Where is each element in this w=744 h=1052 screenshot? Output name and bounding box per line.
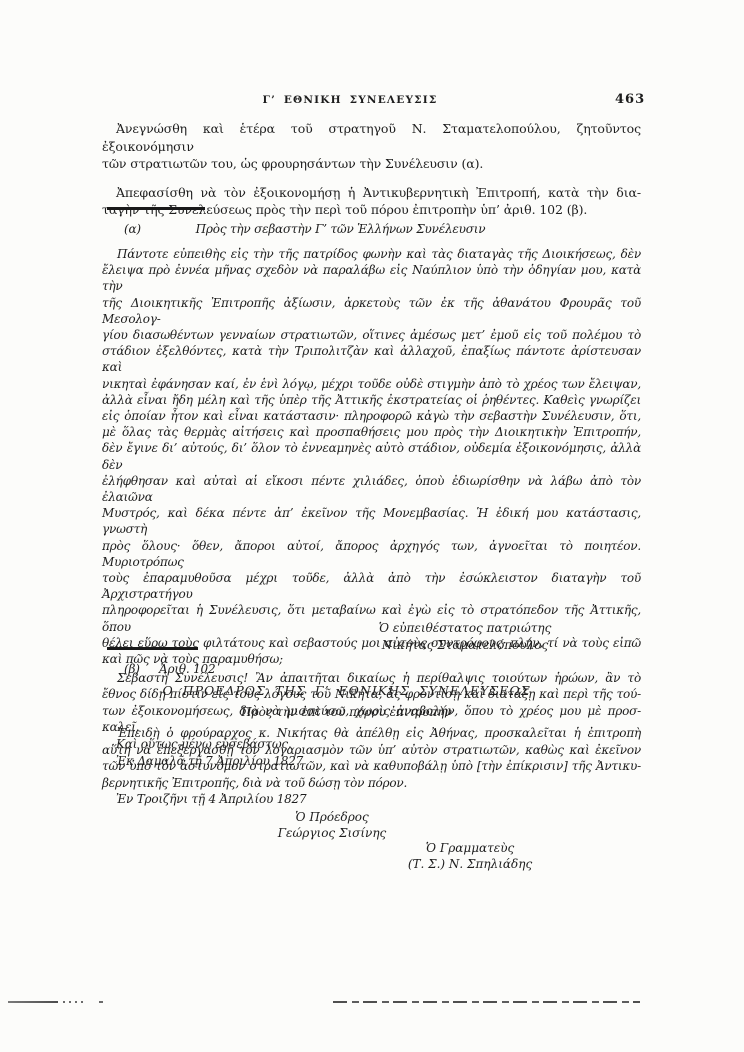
text-line: τοὺς ἐπαραμυθοῦσα μέχρι τοῦδε, ἀλλὰ ἀπὸ … xyxy=(102,570,641,602)
scan-artifact-line xyxy=(8,1001,58,1003)
footnote-b-dateline: Ἐν Τροιζῆνι τῇ 4 Ἀπριλίου 1827 xyxy=(102,791,641,808)
main-paragraph-1: Ἀνεγνώσθη καὶ ἑτέρα τοῦ στρατηγοῦ Ν. Στα… xyxy=(102,120,641,173)
decree-subheading: Πρὸς τὴν ἐπὶ τοῦ πόρου ἐπιτροπὴν xyxy=(102,705,641,719)
text-line: δὲν ἔγινε δι’ αὐτούς, δι’ ὅλον τὸ ἐννεαμ… xyxy=(102,440,641,472)
scanned-book-page: Γ’ ΕΘΝΙΚΗ ΣΥΝΕΛΕΥΣΙΣ 463 Ἀνεγνώσθη καὶ ἑ… xyxy=(0,0,744,1052)
footnote-a-title-row: (α) Πρὸς τὴν σεβαστὴν Γ’ τῶν Ἑλλήνων Συν… xyxy=(102,222,641,238)
text-line: τῆς Διοικητικῆς Ἐπιτροπῆς ἀξίωσιν, ἀρκετ… xyxy=(102,295,641,327)
footnote-b-paragraph: Ἐπειδὴ ὁ φρούραρχος κ. Νικήτας θὰ ἀπέλθῃ… xyxy=(102,725,641,791)
footnote-a-label: (α) xyxy=(124,222,141,236)
paragraph-last-line: τῶν στρατιωτῶν του, ὡς φρουρησάντων τὴν … xyxy=(102,155,641,173)
text-line: Ἐπειδὴ ὁ φρούραρχος κ. Νικήτας θὰ ἀπέλθῃ… xyxy=(102,725,641,742)
signature-role: Ὁ εὐπειθέστατος πατριώτης xyxy=(365,620,565,637)
decree-heading: Ο ΠΡΟΕΔΡΟΣ ΤΗΣ Γ’ ΕΘΝΙΚΗΣ ΣΥΝΕΛΕΥΣΕΩΣ xyxy=(102,683,641,698)
text-line: Μυστρός, καὶ δέκα πέντε ἀπ’ ἐκεῖνον τῆς … xyxy=(102,505,641,537)
text-line: εἰς ὁποίαν ἦτον καὶ εἶναι κατάστασιν· πλ… xyxy=(102,408,641,424)
signature-name: Γεώργιος Σισίνης xyxy=(232,825,432,841)
main-paragraph-2: Ἀπεφασίσθη νὰ τὸν ἐξοικονομήσῃ ἡ Ἀντικυβ… xyxy=(102,184,641,219)
signature-name: Νικήτας Σταματελόπουλος xyxy=(365,637,565,654)
text-line: τῶν ὑπὸ τὸν ἀστυνόμον στρατιωτῶν, καὶ νὰ… xyxy=(102,758,641,775)
footnote-separator-rule-2 xyxy=(107,647,198,650)
text-line: Πάντοτε εὐπειθὴς εἰς τὴν τῆς πατρίδος φω… xyxy=(102,246,641,262)
footnote-a-signature-block: Ὁ εὐπειθέστατος πατριώτης Νικήτας Σταματ… xyxy=(365,620,565,653)
text-line: ἔλειψα πρὸ ἐννέα μῆνας σχεδὸν νὰ παραλάβ… xyxy=(102,262,641,294)
footnote-b-label: (β) xyxy=(124,662,140,676)
paragraph-last-line: βερνητικῆς Ἐπιτροπῆς, διὰ νὰ τοῦ δώσῃ τὸ… xyxy=(102,775,641,792)
signature-role: Ὁ Γραμματεὺς xyxy=(370,840,570,856)
footnote-separator-rule xyxy=(107,207,205,210)
footnote-b-signature-president: Ὁ Πρόεδρος Γεώργιος Σισίνης xyxy=(232,809,432,841)
footnote-b-signature-secretary: Ὁ Γραμματεὺς (Τ. Σ.) Ν. Σπηλιάδης xyxy=(370,840,570,872)
running-header-title: Γ’ ΕΘΝΙΚΗ ΣΥΝΕΛΕΥΣΙΣ xyxy=(0,94,700,106)
footnote-b-body: Ἐπειδὴ ὁ φρούραρχος κ. Νικήτας θὰ ἀπέλθῃ… xyxy=(102,725,641,808)
text-line: γίου διασωθέντων γενναίων στρατιωτῶν, οἵ… xyxy=(102,327,641,343)
page-number: 463 xyxy=(615,92,645,107)
text-line: Ἀπεφασίσθη νὰ τὸν ἐξοικονομήσῃ ἡ Ἀντικυβ… xyxy=(102,184,641,202)
text-line: Ἀνεγνώσθη καὶ ἑτέρα τοῦ στρατηγοῦ Ν. Στα… xyxy=(102,120,641,155)
footnote-a-title: Πρὸς τὴν σεβαστὴν Γ’ τῶν Ἑλλήνων Συνέλευ… xyxy=(102,222,641,236)
footnote-a-paragraph-1: Πάντοτε εὐπειθὴς εἰς τὴν τῆς πατρίδος φω… xyxy=(102,246,641,667)
footnote-b-document-number: Ἀριθ. 102 xyxy=(159,662,215,676)
text-line: μὲ ὅλας τὰς θερμὰς αἰτήσεις καὶ προσπαθή… xyxy=(102,424,641,440)
scan-artifact-line xyxy=(63,1001,87,1003)
footnote-b-label-row: (β) Ἀριθ. 102 xyxy=(102,662,641,678)
main-text-block: Ἀνεγνώσθη καὶ ἑτέρα τοῦ στρατηγοῦ Ν. Στα… xyxy=(102,120,641,219)
signature-name: (Τ. Σ.) Ν. Σπηλιάδης xyxy=(370,856,570,872)
text-line: πρὸς ὅλους· ὅθεν, ἄποροι αὐτοί, ἄπορος ἀ… xyxy=(102,538,641,570)
text-line: ἐλήφθησαν καὶ αὐταὶ αἱ εἴκοσι πέντε χιλι… xyxy=(102,473,641,505)
text-line: ἀλλὰ εἶναι ἤδη μέλη καὶ τῆς ὑπὲρ τῆς Ἀττ… xyxy=(102,392,641,408)
text-line: νικηταὶ ἐφάνησαν καί, ἐν ἑνὶ λόγῳ, μέχρι… xyxy=(102,376,641,392)
signature-role: Ὁ Πρόεδρος xyxy=(232,809,432,825)
text-line: στάδιον ἐξελθόντες, κατὰ τὴν Τριπολιτζὰν… xyxy=(102,343,641,375)
scan-artifact-line xyxy=(333,1001,640,1003)
text-line: αὕτη νὰ ἐπεξεργασθῇ τὸν λογαριασμὸν τῶν … xyxy=(102,742,641,759)
scan-artifact-line xyxy=(99,1001,103,1003)
